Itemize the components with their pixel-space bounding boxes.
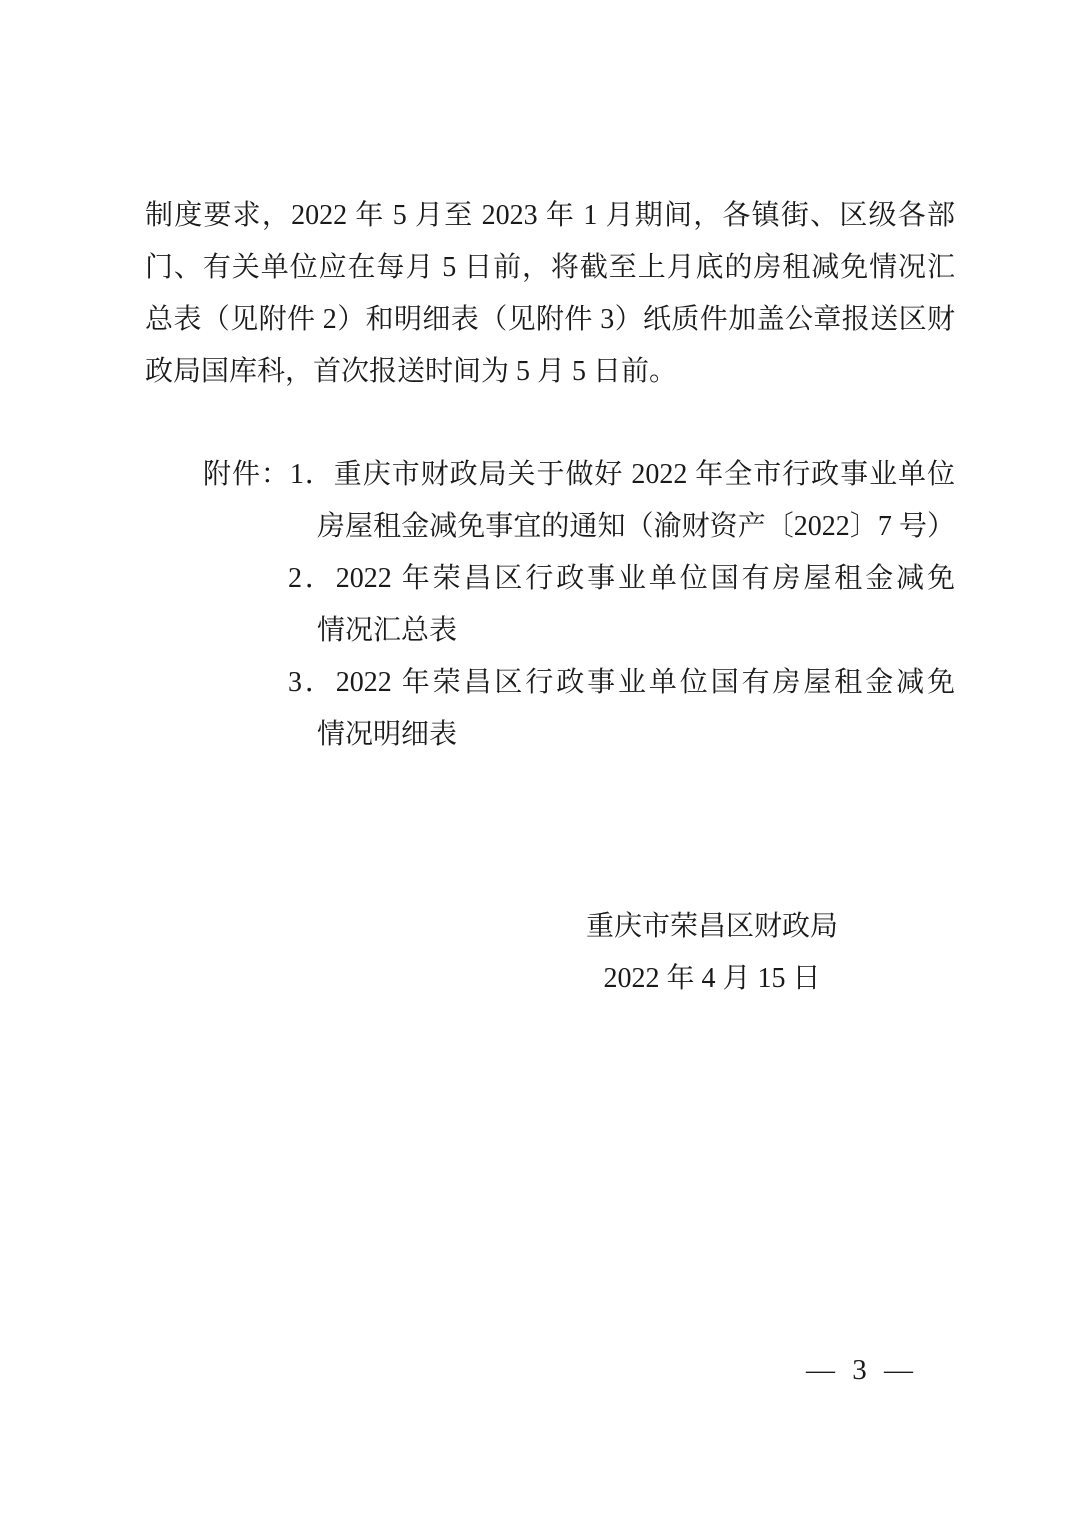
document-page: 制度要求，2022 年 5 月至 2023 年 1 月期间，各镇街、区级各部 门… (0, 0, 1074, 1520)
paragraph-line: 政局国库科，首次报送时间为 5 月 5 日前。 (145, 346, 955, 398)
attachment-label-line: 附件：1．重庆市财政局关于做好 2022 年全市行政事业单位 (145, 449, 955, 501)
page-content: 制度要求，2022 年 5 月至 2023 年 1 月期间，各镇街、区级各部 门… (145, 190, 955, 1005)
attachment-item-line: 3．2022 年荣昌区行政事业单位国有房屋租金减免 (145, 657, 955, 709)
attachment-line-continuation: 情况汇总表 (145, 605, 955, 657)
attachment-line-continuation: 房屋租金减免事宜的通知（渝财资产〔2022〕7 号） (145, 501, 955, 553)
paragraph-line: 制度要求，2022 年 5 月至 2023 年 1 月期间，各镇街、区级各部 (145, 190, 955, 242)
attachment-line-continuation: 情况明细表 (145, 709, 955, 761)
page-number: — 3 — (806, 1352, 913, 1388)
attachments-list: 附件：1．重庆市财政局关于做好 2022 年全市行政事业单位 房屋租金减免事宜的… (145, 449, 955, 761)
attachment-item-line: 2．2022 年荣昌区行政事业单位国有房屋租金减免 (145, 553, 955, 605)
body-paragraph: 制度要求，2022 年 5 月至 2023 年 1 月期间，各镇街、区级各部 门… (145, 190, 955, 398)
paragraph-line: 门、有关单位应在每月 5 日前，将截至上月底的房租减免情况汇 (145, 242, 955, 294)
signature-organization: 重庆市荣昌区财政局 (469, 901, 955, 953)
signature-block: 重庆市荣昌区财政局 2022 年 4 月 15 日 (469, 901, 955, 1005)
signature-date: 2022 年 4 月 15 日 (469, 953, 955, 1005)
paragraph-line: 总表（见附件 2）和明细表（见附件 3）纸质件加盖公章报送区财 (145, 294, 955, 346)
